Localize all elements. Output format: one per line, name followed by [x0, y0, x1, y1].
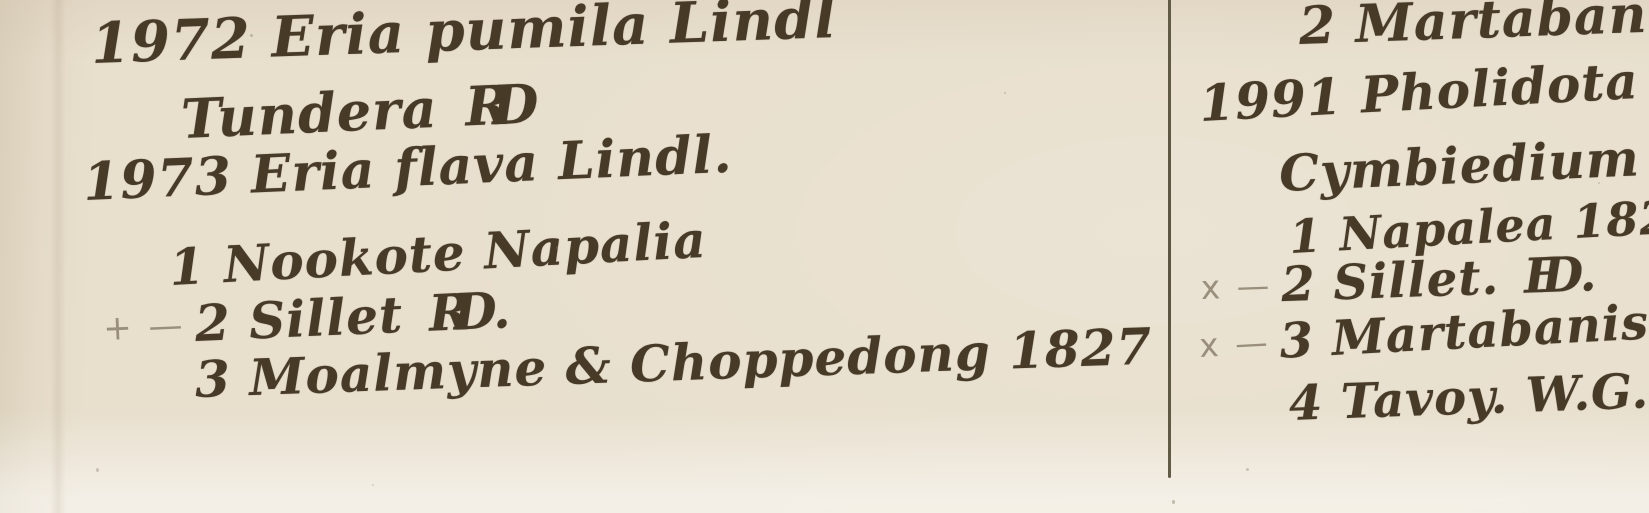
entry-line-1991-title: 1991 Pholidota imb: [1198, 46, 1649, 131]
entry-text: 1973 Eria flava Lindl.: [82, 124, 734, 213]
pencil-x-mark: x —: [1200, 267, 1273, 307]
entry-text-suffix: .: [1579, 246, 1599, 303]
paper-speck: [1598, 182, 1600, 184]
entry-text: Cymbiedium Rox: [1278, 123, 1649, 203]
paper-crease-shadow: [50, 0, 66, 513]
paper-speck: [96, 468, 99, 472]
entry-text-suffix: .: [491, 280, 512, 340]
column-divider: [1168, 0, 1171, 478]
entry-text: 1991 Pholidota imb: [1198, 44, 1649, 133]
paper-speck: [250, 34, 253, 37]
pencil-x-mark: x —: [1198, 324, 1271, 366]
paper-speck: [1246, 468, 1249, 471]
entry-line-locality-martaban: 2 Martabania: [1298, 0, 1649, 55]
entry-text: 4 Tavoy. W.G.: [1288, 363, 1649, 432]
collector-monogram: RD: [456, 71, 548, 139]
entry-line-1972-title: 1972 Eria pumila Lindl: [90, 0, 838, 76]
paper-speck: [372, 484, 374, 486]
entry-line-1991-locality-4: 4 Tavoy. W.G.: [1288, 365, 1649, 430]
paper-speck: [1172, 500, 1175, 504]
manuscript-page: 1972 Eria pumila Lindl Tundera RD 1973 E…: [0, 0, 1649, 513]
pencil-plus-mark: + —: [102, 306, 186, 350]
entry-line-1973-title: 1973 Eria flava Lindl.: [82, 126, 733, 211]
paper-speck: [556, 246, 558, 249]
entry-text: 1972 Eria pumila Lindl: [90, 0, 838, 77]
paper-speck: [1004, 92, 1006, 94]
entry-line-1991-synonym: Cymbiedium Rox: [1278, 125, 1649, 201]
entry-text: 2 Martabania: [1298, 0, 1649, 57]
